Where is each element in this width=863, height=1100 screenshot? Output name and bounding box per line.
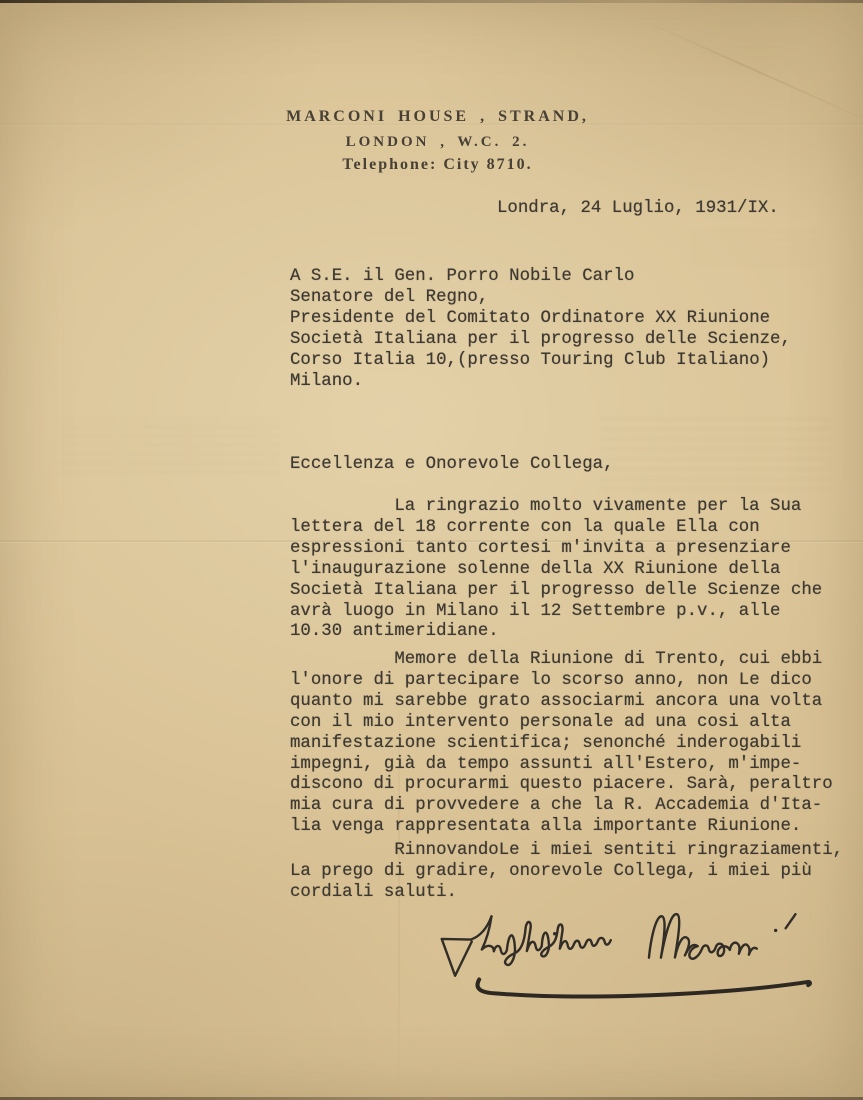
ink-ghost-smudge <box>600 415 830 490</box>
salutation: Eccellenza e Onorevole Collega, <box>290 455 614 476</box>
body-paragraph-1: La ringrazio molto vivamente per la Sua … <box>290 497 822 643</box>
recipient-address: A S.E. il Gen. Porro Nobile Carlo Senato… <box>290 267 791 392</box>
letterhead-city-line: LONDON , W.C. 2. <box>0 134 863 151</box>
handwritten-signature: Guglielmo Marconi <box>423 904 824 1026</box>
letterhead-telephone-line: Telephone: City 8710. <box>0 156 863 174</box>
body-paragraph-3: RinnovandoLe i miei sentiti ringraziamen… <box>290 841 843 904</box>
photo-edge-top <box>0 0 863 3</box>
dateline: Londra, 24 Luglio, 1931/IX. <box>497 199 779 220</box>
ink-ghost-smudge <box>60 418 280 473</box>
ink-ghost-smudge <box>690 225 820 265</box>
letterhead-address-line: MARCONI HOUSE , STRAND, <box>0 108 863 126</box>
letter-paper: MARCONI HOUSE , STRAND, LONDON , W.C. 2.… <box>0 0 863 1100</box>
letterhead: MARCONI HOUSE , STRAND, LONDON , W.C. 2.… <box>0 108 863 174</box>
body-paragraph-2: Memore della Riunione di Trento, cui ebb… <box>290 650 833 838</box>
